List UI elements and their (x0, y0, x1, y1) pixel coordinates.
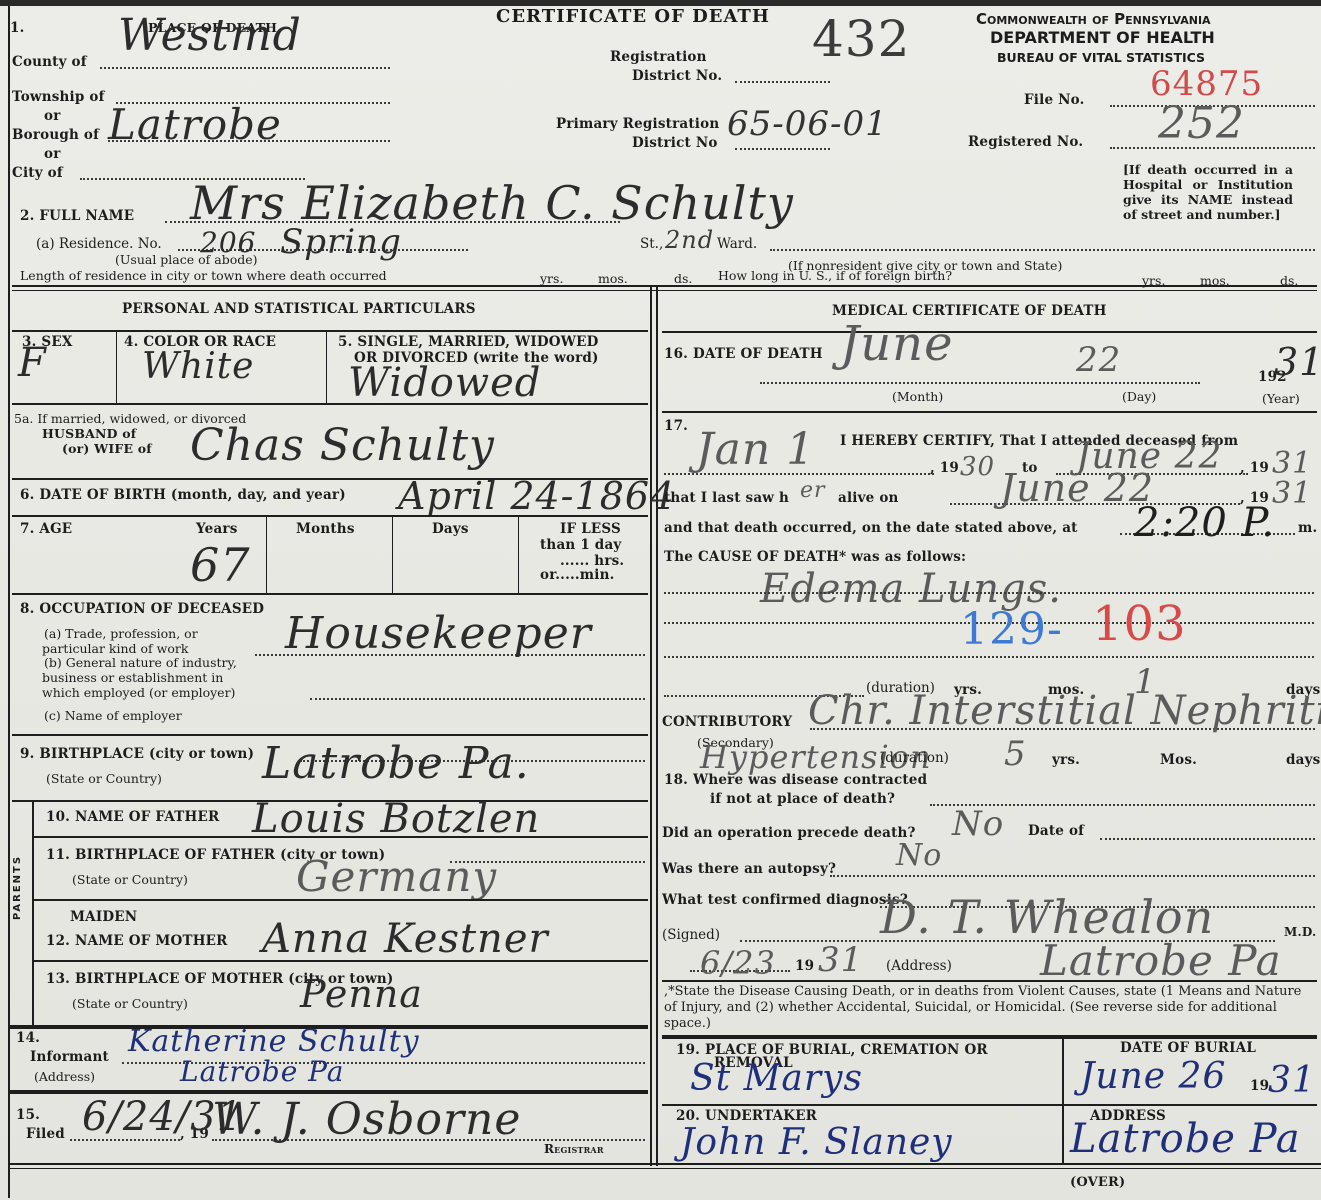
date-of-death-label: 16. DATE OF DEATH (664, 346, 823, 362)
signed-year-value: 31 (818, 940, 863, 980)
autopsy-value: No (896, 838, 942, 873)
color-race-value: White (142, 346, 254, 387)
ds-label: ds. (674, 271, 692, 286)
informant-number: 14. (16, 1030, 40, 1046)
to-year-prefix: , 19 (1240, 460, 1269, 476)
disease-contracted-label-2: if not at place of death? (710, 791, 895, 807)
contributory-yrs-label: yrs. (1052, 752, 1080, 768)
filed-label: Filed (26, 1126, 65, 1142)
test-confirmed-label: What test confirmed diagnosis? (662, 892, 908, 908)
personal-section-heading: PERSONAL AND STATISTICAL PARTICULARS (122, 301, 476, 317)
certificate-title: CERTIFICATE OF DEATH (496, 6, 770, 27)
father-birthplace-value: Germany (296, 852, 497, 901)
md-label: M.D. (1284, 925, 1316, 939)
age-label: 7. AGE (20, 521, 72, 537)
date-of-birth-label: 6. DATE OF BIRTH (month, day, and year) (20, 487, 346, 503)
cause-of-death-label: The CAUSE OF DEATH* was as follows: (664, 549, 966, 565)
operation-date-label: Date of (1028, 823, 1084, 839)
from-year-prefix: , 19 (930, 460, 959, 476)
left-border (8, 6, 10, 1198)
cause-footnote: ,*State the Disease Causing Death, or in… (664, 984, 1314, 1032)
yrs-label: yrs. (540, 271, 563, 286)
last-saw-year: 31 (1272, 476, 1312, 511)
state-name: Commonwealth of Pennsylvania (976, 10, 1211, 28)
month-caption: (Month) (892, 389, 943, 404)
primary-registration-label: Primary Registration (556, 116, 719, 132)
ward-value: 2nd (665, 226, 714, 254)
date-of-death-day: 22 (1076, 340, 1121, 380)
informant-address-label: (Address) (34, 1069, 95, 1084)
birthplace-label: 9. BIRTHPLACE (city or town) (20, 746, 254, 762)
mother-name-value: Anna Kestner (262, 916, 549, 962)
year-caption: (Year) (1262, 391, 1300, 406)
signed-date-value: 6/23 (700, 944, 776, 982)
primary-registration-label-2: District No (632, 135, 718, 151)
occupation-a-label-2: particular kind of work (42, 641, 188, 656)
foreign-birth-label: How long in U. S., if of foreign birth? (718, 268, 952, 283)
date-of-death-month: June (840, 316, 953, 372)
city-label: City of (12, 165, 63, 181)
occupation-a-label: (a) Trade, profession, or (44, 626, 198, 641)
undertaker-value: John F. Slaney (680, 1122, 953, 1163)
wife-of-label: (or) WIFE of (62, 441, 152, 456)
operation-label: Did an operation precede death? (662, 825, 916, 841)
birthplace-state-label: (State or Country) (46, 771, 162, 786)
registration-district-value: 432 (812, 10, 910, 68)
maiden-label: MAIDEN (70, 909, 137, 925)
age-months-label: Months (296, 521, 355, 537)
time-of-death-value: 2:20 P. (1134, 500, 1275, 546)
residence-label: (a) Residence. No. (36, 236, 162, 252)
age-years-label: Years (196, 521, 238, 537)
residence-street: Spring (280, 222, 402, 262)
operation-value: No (952, 804, 1004, 844)
mother-birthplace-value: Penna (300, 972, 423, 1016)
burial-place-value: St Marys (690, 1058, 863, 1099)
marital-status-value: Widowed (348, 360, 541, 406)
or-label: or (44, 146, 61, 162)
registration-district-label-2: District No. (632, 68, 722, 84)
sex-value: F (18, 340, 47, 386)
signed-year-prefix: 19 (795, 958, 814, 974)
mother-name-label: 12. NAME OF MOTHER (46, 933, 228, 949)
date-of-birth-value: April 24-1864 (398, 474, 675, 518)
county-label: County of (12, 54, 87, 70)
registrar-signature: W. J. Osborne (212, 1094, 521, 1145)
classification-code-blue: 129- (960, 604, 1063, 655)
occupation-value: Housekeeper (285, 608, 592, 659)
father-name-label: 10. NAME OF FATHER (46, 809, 219, 825)
burial-date-label: DATE OF BURIAL (1120, 1040, 1256, 1056)
birthplace-value: Latrobe Pa. (262, 738, 530, 789)
borough-value: Latrobe (108, 100, 282, 149)
informant-value: Katherine Schulty (128, 1024, 420, 1059)
age-days-label: Days (432, 521, 469, 537)
primary-registration-value: 65-06-01 (727, 104, 888, 144)
mother-birthplace-state-label: (State or Country) (72, 996, 188, 1011)
age-years-value: 67 (190, 538, 251, 592)
ward-label: Ward. (717, 236, 757, 252)
over-label: (OVER) (1070, 1175, 1125, 1190)
last-saw-label: that I last saw h (664, 490, 789, 506)
autopsy-label: Was there an autopsy? (662, 861, 836, 877)
undertaker-address-value: Latrobe Pa (1070, 1116, 1301, 1162)
attended-from-year: 30 (960, 452, 995, 482)
occupation-b-label: (b) General nature of industry, (44, 655, 237, 670)
attended-from-value: Jan 1 (696, 424, 815, 475)
registered-no-value: 252 (1158, 98, 1245, 149)
min-label: or.....min. (540, 567, 615, 583)
certify-number: 17. (664, 418, 688, 434)
date-of-death-year: 31 (1274, 340, 1321, 384)
informant-address-value: Latrobe Pa (180, 1055, 344, 1088)
informant-label: Informant (30, 1049, 109, 1065)
contributory-mos-label: Mos. (1160, 752, 1197, 768)
last-saw-value: June 22 (1000, 466, 1154, 510)
physician-address-value: Latrobe Pa (1040, 936, 1282, 985)
if-less-label: IF LESS (560, 521, 621, 537)
time-of-death-label: and that death occurred, on the date sta… (664, 520, 1078, 536)
than-1-day-label: than 1 day (540, 537, 621, 553)
burial-date-value: June 26 (1080, 1056, 1226, 1097)
burial-year-prefix: 19 (1250, 1078, 1269, 1094)
registration-district-label: Registration (610, 49, 707, 65)
hospital-note: [If death occurred in a Hospital or Inst… (1123, 162, 1293, 222)
physician-address-label: (Address) (886, 958, 952, 974)
signed-label: (Signed) (662, 927, 720, 943)
full-name-label: 2. FULL NAME (20, 208, 134, 224)
borough-label: Borough of (12, 127, 99, 143)
registrar-label: Registrar (544, 1142, 604, 1156)
contributory-value: Chr. Interstitial Nephritis (808, 688, 1321, 734)
bureau-name: BUREAU OF VITAL STATISTICS (997, 50, 1205, 65)
department-name: DEPARTMENT OF HEALTH (990, 28, 1215, 47)
registered-no-label: Registered No. (968, 134, 1083, 150)
death-certificate: 1. PLACE OF DEATH Westmd County of Towns… (0, 0, 1321, 1200)
last-saw-pronoun: er (800, 478, 826, 503)
father-birthplace-state-label: (State or Country) (72, 872, 188, 887)
filed-number: 15. (16, 1107, 40, 1123)
burial-year-value: 31 (1268, 1060, 1316, 1101)
employer-name-label: (c) Name of employer (44, 708, 182, 723)
mos-label: mos. (598, 271, 628, 286)
contributory-duration-label: (duration) (880, 750, 949, 766)
st-label: St., (640, 236, 663, 252)
last-saw-label-2: alive on (838, 490, 899, 506)
occupation-label: 8. OCCUPATION OF DECEASED (20, 601, 264, 617)
column-divider (650, 286, 652, 1166)
contributory-duration-yrs-value: 5 (1004, 734, 1027, 774)
day-caption: (Day) (1122, 389, 1156, 404)
item-number-1: 1. (10, 20, 25, 36)
county-value: Westmd (118, 10, 302, 61)
husband-of-label: HUSBAND of (42, 426, 136, 441)
length-of-residence-label: Length of residence in city or town wher… (20, 268, 387, 283)
marital-status-label: 5. SINGLE, MARRIED, WIDOWED (338, 334, 599, 350)
abode-note: (Usual place of abode) (115, 252, 258, 267)
or-label: or (44, 108, 61, 124)
disease-contracted-label: 18. Where was disease contracted (664, 772, 927, 788)
parents-label: PARENTS (12, 855, 23, 920)
township-label: Township of (12, 89, 105, 105)
occupation-b-label-2: business or establishment in (42, 670, 223, 685)
classification-code-red: 103 (1092, 596, 1187, 652)
spouse-value: Chas Schulty (190, 420, 495, 471)
file-no-label: File No. (1024, 92, 1085, 108)
time-suffix: m. (1298, 520, 1317, 536)
contributory-days-label: days (1286, 752, 1320, 768)
contributory-label: CONTRIBUTORY (662, 714, 792, 730)
occupation-b-label-3: which employed (or employer) (42, 685, 235, 700)
